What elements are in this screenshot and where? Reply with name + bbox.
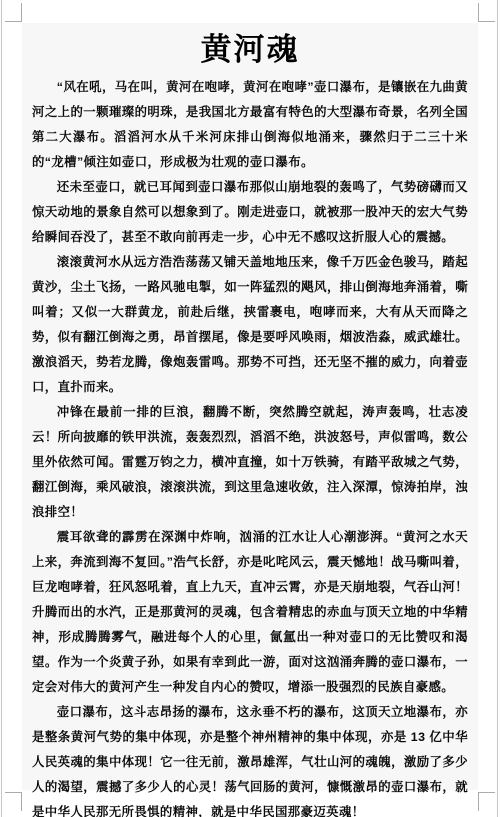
- body-paragraph-1[interactable]: “风在吼，马在叫，黄河在咆哮，黄河在咆哮”壶口瀑布，是镶嵌在九曲黄河之上的一颗璀…: [32, 75, 468, 175]
- body-paragraph-5[interactable]: 震耳欲聋的霹雳在深渊中炸响，汹涌的江水让人心潮澎湃。“黄河之水天上来，奔流到海不…: [32, 525, 468, 700]
- body-paragraph-6[interactable]: 壶口瀑布，这斗志昂扬的瀑布，这永垂不朽的瀑布，这顶天立地瀑布，亦是整条黄河气势的…: [32, 700, 468, 817]
- margin-mark-bottom-right-icon: [478, 792, 495, 811]
- body-paragraph-4[interactable]: 冲锋在最前一排的巨浪，翻腾不断，突然腾空就起，涛声轰鸣，壮志凌云！所向披靡的铁甲…: [32, 400, 468, 525]
- margin-mark-top-right-icon: [478, 3, 495, 22]
- page-title: 黄河魂: [32, 25, 468, 75]
- document-page[interactable]: 黄河魂 “风在吼，马在叫，黄河在咆哮，黄河在咆哮”壶口瀑布，是镶嵌在九曲黄河之上…: [22, 23, 478, 790]
- document-viewport: 黄河魂 “风在吼，马在叫，黄河在咆哮，黄河在咆哮”壶口瀑布，是镶嵌在九曲黄河之上…: [0, 0, 500, 817]
- margin-mark-bottom-left-icon: [5, 792, 22, 811]
- page-edge-right: [497, 0, 498, 817]
- body-paragraph-2[interactable]: 还未至壶口，就已耳闻到壶口瀑布那似山崩地裂的轰鸣了，气势磅礴而又惊天动地的景象自…: [32, 175, 468, 250]
- body-paragraph-3[interactable]: 滚滚黄河水从远方浩浩荡荡又铺天盖地地压来，像千万匹金色骏马，踏起黄沙，尘土飞扬，…: [32, 250, 468, 400]
- page-edge-left: [1, 0, 2, 817]
- margin-mark-top-left-icon: [5, 3, 22, 22]
